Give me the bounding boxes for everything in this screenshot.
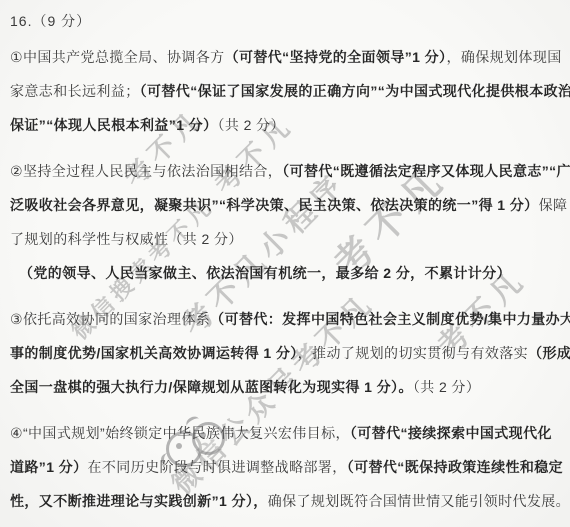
answer-line: ③依托高效协同的国家治理体系（可替代：发挥中国特色社会主义制度优势/集中力量办大 [10,302,564,336]
answer-point-1: ①中国共产党总揽全局、协调各方（可替代“坚持党的全面领导”1 分），确保规划体现… [10,40,564,142]
answer-point-3: ③依托高效协同的国家治理体系（可替代：发挥中国特色社会主义制度优势/集中力量办大… [10,302,564,404]
answer-line: ②坚持全过程人民民主与依法治国相结合，（可替代“既遵循法定程序又体现人民意志”“… [10,154,564,188]
answer-line-note: （党的领导、人民当家做主、依法治国有机统一，最多给 2 分，不累计计分） [10,256,564,290]
answer-key-content: 16.（9 分） ①中国共产党总揽全局、协调各方（可替代“坚持党的全面领导”1 … [0,0,570,527]
answer-line: 保证”“体现人民根本利益”1 分）（共 2 分） [10,108,564,142]
answer-line: 性，又不断推进理论与实践创新”1 分），确保了规划既符合国情世情又能引领时代发展… [10,484,564,518]
answer-point-4: ④“中国式规划”始终锁定中华民族伟大复兴宏伟目标，（可替代“接续探索中国式现代化… [10,416,564,518]
scanned-answer-page: 考不凡 考不凡 微信搜索考不凡 考不凡小程序 考不凡 微信公众号考不凡 考不凡 … [0,0,570,527]
answer-line: 了规划的科学性与权威性（共 2 分） [10,222,564,256]
answer-line: 事的制度优势/国家机关高效协调运转得 1 分），推动了规划的切实贯彻与有效落实（… [10,336,564,370]
answer-line: 全国一盘棋的强大执行力/保障规划从蓝图转化为现实得 1 分）。（共 2 分） [10,370,564,404]
answer-line: ①中国共产党总揽全局、协调各方（可替代“坚持党的全面领导”1 分），确保规划体现… [10,40,564,74]
answer-line: 道路”1 分）在不同历史阶段与时俱进调整战略部署，（可替代“既保持政策连续性和稳… [10,450,564,484]
answer-line: ④“中国式规划”始终锁定中华民族伟大复兴宏伟目标，（可替代“接续探索中国式现代化 [10,416,564,450]
question-number-heading: 16.（9 分） [10,8,564,34]
answer-point-2: ②坚持全过程人民民主与依法治国相结合，（可替代“既遵循法定程序又体现人民意志”“… [10,154,564,290]
answer-line: 泛吸收社会各界意见，凝聚共识”“科学决策、民主决策、依法决策的统一”得 1 分）… [10,188,564,222]
answer-line: 家意志和长远利益；（可替代“保证了国家发展的正确方向”“为中国式现代化提供根本政… [10,74,564,108]
